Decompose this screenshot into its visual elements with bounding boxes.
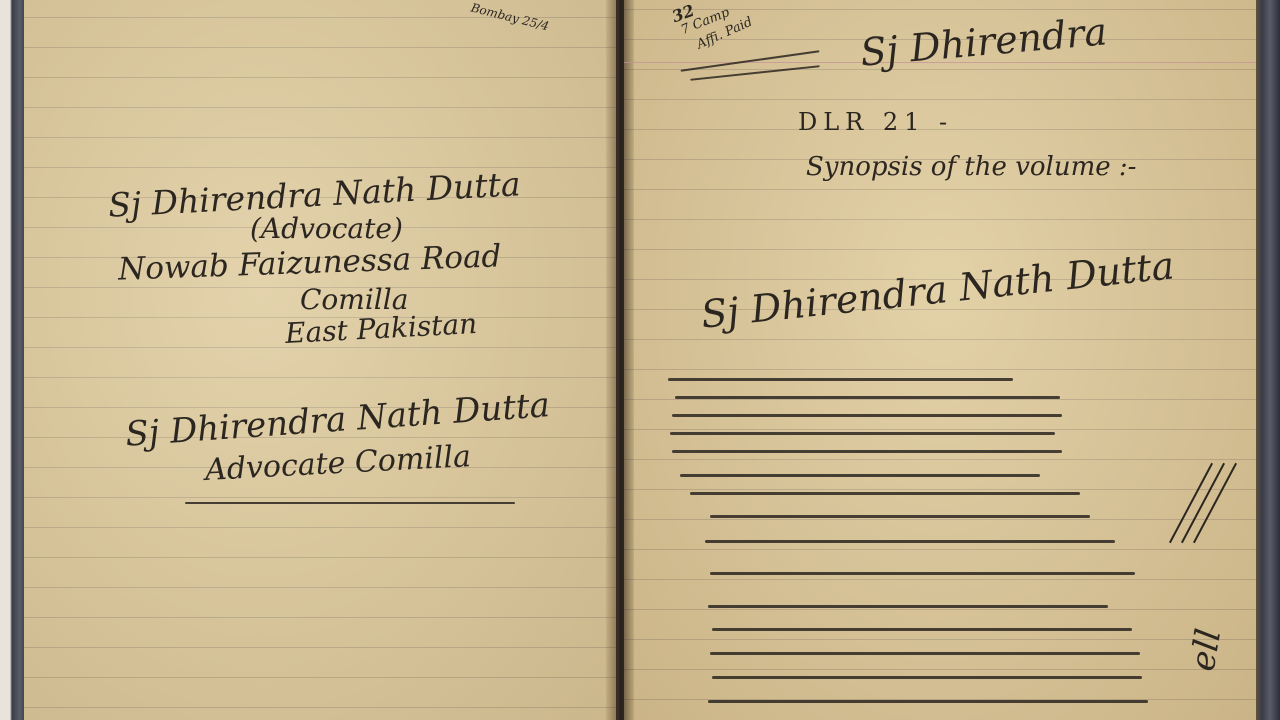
left-page [24, 0, 616, 720]
scribbled-line [675, 396, 1060, 399]
address-title: (Advocate) [250, 212, 403, 245]
margin-scribble: ell [1183, 626, 1230, 674]
scribbled-line [712, 676, 1142, 679]
scribbled-line [672, 450, 1062, 453]
reference-number: DLR 21 - [798, 108, 953, 136]
scribbled-line [680, 474, 1040, 477]
notebook-cover-right [1254, 0, 1280, 720]
scribbled-line [668, 378, 1013, 381]
scribbled-line [712, 628, 1132, 631]
scribbled-line [710, 515, 1090, 518]
signature-underline [185, 502, 515, 504]
scribbled-line [672, 414, 1062, 417]
page-gutter [606, 0, 634, 720]
scribbled-line [690, 492, 1080, 495]
scribbled-line [705, 540, 1115, 543]
scribbled-line [710, 572, 1135, 575]
scribbled-line [708, 605, 1108, 608]
scribbled-line [710, 652, 1140, 655]
scribbled-line [708, 700, 1148, 703]
scribbled-line [670, 432, 1055, 435]
synopsis-heading: Synopsis of the volume :- [806, 152, 1136, 182]
